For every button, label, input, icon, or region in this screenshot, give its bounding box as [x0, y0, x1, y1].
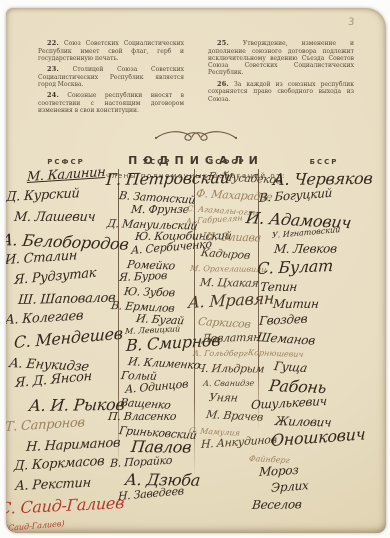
signature: Т. Сапронов: [6, 414, 118, 436]
article-item: 25. Утверждение, изменение и дополнение …: [208, 40, 354, 77]
articles-right-column: 25. Утверждение, изменение и дополнение …: [208, 40, 354, 119]
signature: М. Левков: [273, 242, 386, 257]
column-ussr: УССР Г. ПетровскийВ. ЗатонскийМ. ФрунзеД…: [121, 158, 193, 504]
signature: Ш. Шаповалов: [17, 292, 118, 309]
signature: А. Рекстин: [15, 476, 119, 495]
signature: М. Калинин: [27, 165, 118, 186]
article-number: 23.: [47, 65, 59, 73]
signature: А. Сербиченко: [131, 240, 193, 258]
signature: Г. Мусабеков: [207, 171, 259, 186]
signature-list-ussr: Г. ПетровскийВ. ЗатонскийМ. ФрунзеД. Ман…: [121, 171, 193, 503]
signature: Ш. Элиава: [201, 231, 259, 245]
article-number: 25.: [217, 39, 229, 47]
signature: Н. Анкудинов: [201, 435, 258, 451]
signature: М. Цхакая: [199, 277, 258, 290]
column-header-zsfsr: ЗСФСР: [196, 158, 258, 166]
column-header-ussr: УССР: [121, 158, 193, 166]
article-text: Столицей Союза Советских Социалистически…: [38, 66, 184, 88]
signature: С. Булат: [256, 254, 386, 278]
article-text: За каждой из союзных республик сохраняет…: [208, 81, 354, 103]
signature: Ч. Ильдрым: [196, 363, 258, 376]
signature: М. Орахелашвили: [189, 264, 258, 274]
article-text: Союзные республики вносят в соответствии…: [38, 92, 184, 114]
signature: В. Смирнов: [126, 333, 194, 355]
signature: П. Власенко: [107, 411, 193, 424]
article-item: 26. За каждой из союзных республик сохра…: [208, 81, 354, 103]
signature: М. Лашевич: [13, 211, 119, 226]
article-item: 22. Союз Советских Социалистических Респ…: [38, 40, 184, 62]
treaty-page: 3 22. Союз Советских Социалистических Ре…: [6, 8, 386, 533]
pencil-page-number: 3: [347, 17, 354, 29]
signature-list-rsfsr: М. КалининД. КурскийМ. ЛашевичА. Белобор…: [14, 171, 118, 533]
signature: Ф. Махарадзе: [195, 188, 259, 204]
column-rsfsr: РСФСР М. КалининД. КурскийМ. ЛашевичА. Б…: [14, 158, 118, 533]
column-bssr: БССР А. ЧервяковВ. БогуцкийИ. АдамовичУ.…: [260, 158, 386, 516]
signature: Ю. Зубов: [123, 286, 194, 300]
flourish-divider-icon: [153, 125, 239, 145]
article-text: Союз Советских Социалистических Республи…: [38, 40, 184, 62]
article-number: 22.: [47, 39, 59, 47]
signature: М. Фрунзе: [130, 204, 193, 217]
signature: Д. Коркмасов: [14, 455, 119, 476]
signature: Веселов: [251, 497, 386, 513]
article-number: 26.: [217, 80, 229, 88]
signature: Довлатян: [201, 332, 258, 346]
signature: Я. Буров: [119, 269, 194, 285]
article-item: 24. Союзные республики вносят в соответс…: [38, 92, 184, 114]
signature: А. Мравян: [188, 290, 259, 312]
signature: Тепин: [259, 280, 386, 294]
article-number: 24.: [47, 91, 59, 99]
signature-area: РСФСР М. КалининД. КурскийМ. ЛашевичА. Б…: [6, 158, 386, 531]
document-scan: 3 22. Союз Советских Социалистических Ре…: [0, 0, 390, 538]
printed-articles: 22. Союз Советских Социалистических Респ…: [32, 40, 360, 119]
signature: В. Порайко: [110, 453, 194, 470]
signature: Д. Курский: [6, 185, 118, 206]
signature: С. Мендешев: [14, 325, 118, 352]
articles-left-column: 22. Союз Советских Социалистических Респ…: [38, 40, 184, 119]
signature-list-bssr: А. ЧервяковВ. БогуцкийИ. АдамовичУ. Игна…: [260, 171, 386, 513]
signature: Саркисов: [197, 316, 259, 332]
signature: Н. Нариманов: [26, 436, 119, 455]
column-header-bssr: БССР: [260, 158, 386, 166]
article-text: Утверждение, изменение и дополнение союз…: [208, 40, 354, 76]
article-item: 23. Столицей Союза Советских Социалистич…: [38, 66, 184, 88]
signature: А. И. Рыков: [28, 396, 119, 416]
signature: Кадыров: [200, 247, 259, 263]
signature: Г. Петровский: [105, 170, 194, 190]
column-zsfsr: ЗСФСР Г. МусабековФ. МахарадзеС. Агамалы…: [196, 158, 258, 456]
signature: А. Сванидзе: [203, 379, 259, 389]
signature: Я. Рудзутак: [14, 265, 118, 289]
